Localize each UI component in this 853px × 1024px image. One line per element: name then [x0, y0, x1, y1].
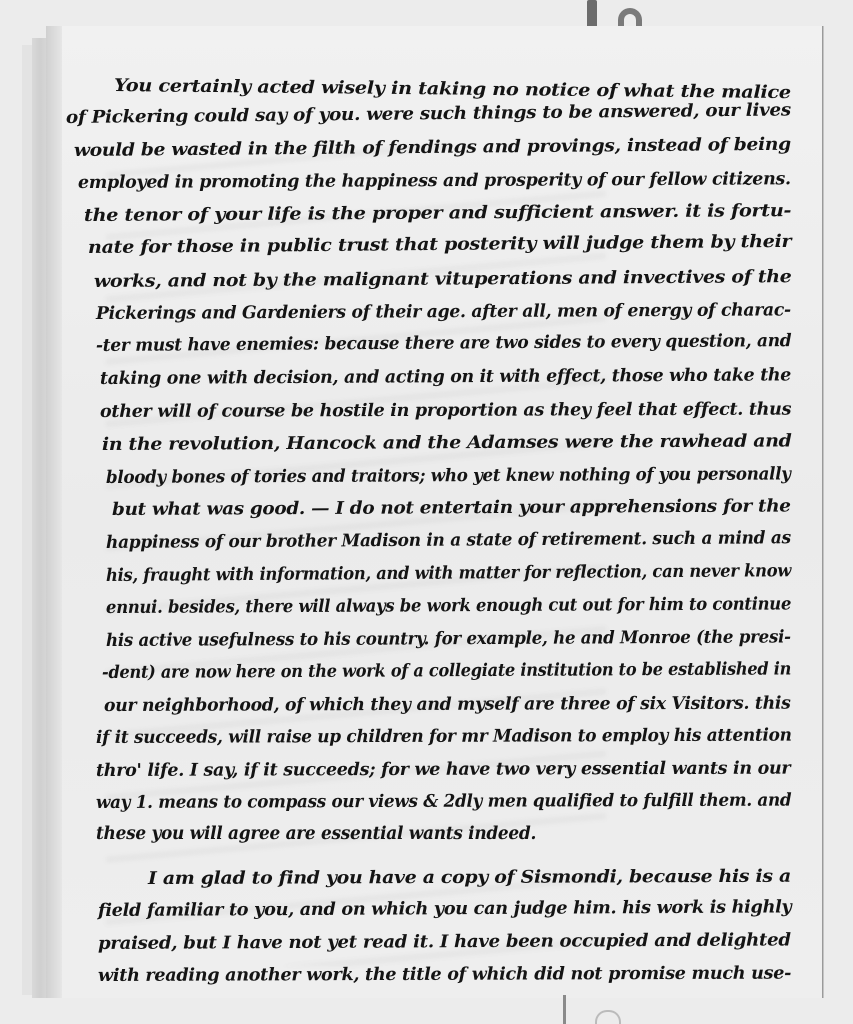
letter-line: of Pickering could say of you. were such… — [66, 100, 791, 128]
letter-line: way 1. means to compass our views & 2dly… — [96, 791, 791, 813]
manuscript-page: You certainly acted wisely in taking no … — [46, 26, 822, 998]
letter-line: if it succeeds, will raise up children f… — [96, 726, 792, 748]
letter-line: happiness of our brother Madison in a st… — [106, 528, 791, 553]
letter-body: You certainly acted wisely in taking no … — [46, 26, 822, 998]
letter-line: -dent) are now here on the work of a col… — [102, 659, 791, 683]
letter-line: nate for those in public trust that post… — [88, 232, 791, 258]
letter-line: our neighborhood, of which they and myse… — [104, 694, 791, 716]
binder-clip-loop-icon — [595, 1010, 621, 1024]
letter-line: works, and not by the malignant vitupera… — [94, 267, 792, 292]
letter-line: employed in promoting the happiness and … — [78, 169, 791, 193]
letter-line: his, fraught with information, and with … — [106, 561, 791, 586]
letter-line: his active usefulness to his country. fo… — [106, 627, 791, 651]
letter-line: but what was good. — I do not entertain … — [112, 496, 791, 520]
binder-clip-icon — [587, 0, 597, 28]
letter-line: other will of course be hostile in propo… — [100, 400, 791, 422]
letter-line: taking one with decision, and acting on … — [100, 365, 791, 389]
letter-line: bloody bones of tories and traitors; who… — [106, 464, 791, 488]
letter-line: You certainly acted wisely in taking no … — [114, 76, 791, 103]
binder-clip-icon — [563, 995, 566, 1024]
letter-line: these you will agree are essential wants… — [96, 824, 536, 844]
letter-line: thro' life. I say, if it succeeds; for w… — [96, 759, 790, 781]
letter-line: with reading another work, the title of … — [98, 964, 791, 986]
letter-line: ennui. besides, there will always be wor… — [106, 594, 791, 618]
letter-line: I am glad to find you have a copy of Sis… — [148, 867, 791, 889]
letter-line: in the revolution, Hancock and the Adams… — [102, 431, 792, 455]
letter-line: praised, but I have not yet read it. I h… — [98, 930, 791, 954]
letter-line: -ter must have enemies: because there ar… — [96, 331, 792, 356]
letter-line: would be wasted in the filth of fendings… — [74, 135, 791, 161]
letter-line: the tenor of your life is the proper and… — [84, 201, 791, 226]
letter-line: Pickerings and Gardeniers of their age. … — [96, 300, 791, 324]
letter-line: field familiar to you, and on which you … — [98, 897, 792, 921]
